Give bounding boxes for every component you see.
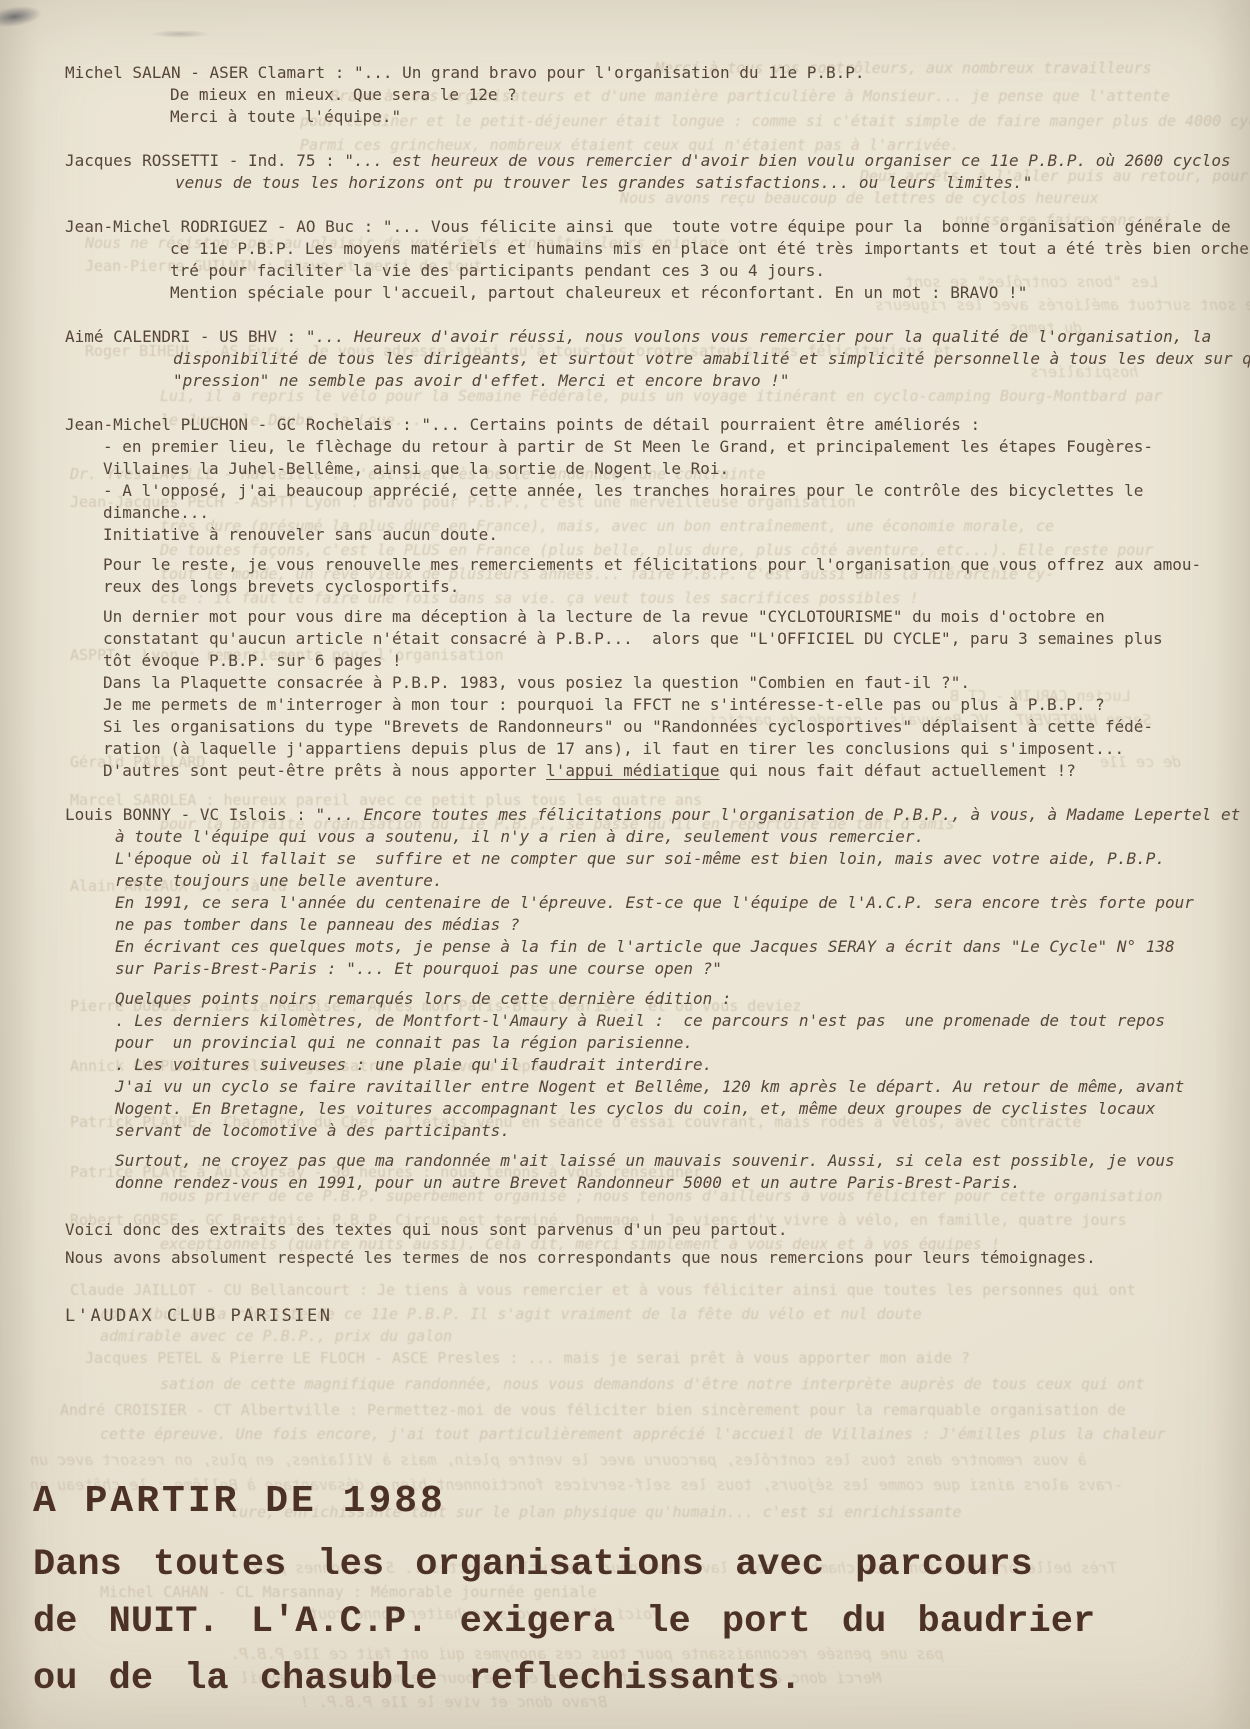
notice-line: ou de la chasuble reflechissants. <box>33 1651 1095 1708</box>
quote-text: dimanche... <box>103 503 209 522</box>
paragraph: Jean-Michel PLUCHON - GC Rochelais : "..… <box>65 414 1212 546</box>
text-line: Si les organisations du type "Brevets de… <box>65 716 1212 738</box>
bleedthrough-text: Jacques PETEL & Pierre LE FLOCH - ASCE P… <box>85 1348 970 1368</box>
quote-text: . Les derniers kilomètres, de Montfort-l… <box>115 1011 1165 1030</box>
text-line: ration (à laquelle j'appartiens depuis p… <box>65 738 1212 760</box>
text-line: Jean-Michel PLUCHON - GC Rochelais : "..… <box>65 414 1212 436</box>
quote-text: sur Paris-Brest-Paris : "... Et pourquoi… <box>115 959 722 978</box>
quote-text: servant de locomotive à des participants… <box>115 1121 510 1140</box>
bleedthrough-text: cette épreuve. Une fois encore, j'ai tou… <box>100 1424 1166 1444</box>
text-line: servant de locomotive à des participants… <box>65 1120 1212 1142</box>
paragraph: Jean-Michel RODRIGUEZ - AO Buc : "... Vo… <box>65 216 1212 304</box>
quote-text: Merci à toute l'équipe." <box>170 107 401 126</box>
text-line: Michel SALAN - ASER Clamart : "... Un gr… <box>65 62 1212 84</box>
club-signature: L'AUDAX CLUB PARISIEN <box>65 1306 1212 1326</box>
speaker-name: Louis BONNY - VC Islois : <box>65 805 315 824</box>
quote-text: venus de tous les horizons ont pu trouve… <box>175 173 1032 192</box>
quote-text: disponibilité de tous les dirigeants, et… <box>173 349 1250 368</box>
text-line: D'autres sont peut-être prêts à nous app… <box>65 760 1212 782</box>
text-line: Aimé CALENDRI - US BHV : "... Heureux d'… <box>65 326 1212 348</box>
quote-text: reux des longs brevets cyclosportifs. <box>103 577 459 596</box>
text-line: Villaines la Juhel-Bellême, ainsi que la… <box>65 458 1212 480</box>
text-line: - A l'opposé, j'ai beaucoup apprécié, ce… <box>65 480 1212 502</box>
bleedthrough-text: admirable avec ce P.B.P., prix du galon <box>100 1326 452 1346</box>
speaker-name: Michel SALAN - ASER Clamart : <box>65 63 354 82</box>
quote-text: constatant qu'aucun article n'était cons… <box>103 629 1163 648</box>
quote-text: tré pour faciliter la vie des participan… <box>170 261 825 280</box>
testimonial-entry: Aimé CALENDRI - US BHV : "... Heureux d'… <box>65 326 1212 392</box>
text-line: constatant qu'aucun article n'était cons… <box>65 628 1212 650</box>
text-line: Dans la Plaquette consacrée à P.B.P. 198… <box>65 672 1212 694</box>
quote-text: En écrivant ces quelques mots, je pense … <box>115 937 1175 956</box>
quote-text: Surtout, ne croyez pas que ma randonnée … <box>115 1151 1175 1170</box>
text-line: J'ai vu un cyclo se faire ravitailler en… <box>65 1076 1212 1098</box>
speaker-name: Jean-Michel PLUCHON - GC Rochelais : <box>65 415 421 434</box>
text-line: donne rendez-vous en 1991, pour un autre… <box>65 1172 1212 1194</box>
notice-line: Dans toutes les organisations avec parco… <box>33 1537 1095 1594</box>
text-line: Quelques points noirs remarqués lors de … <box>65 988 1212 1010</box>
paragraph: Surtout, ne croyez pas que ma randonnée … <box>65 1150 1212 1194</box>
paragraph: Louis BONNY - VC Islois : "... Encore to… <box>65 804 1212 980</box>
text-line: Jean-Michel RODRIGUEZ - AO Buc : "... Vo… <box>65 216 1212 238</box>
quote-text: reste toujours une belle aventure. <box>115 871 443 890</box>
text-line: L'époque où il fallait se suffire et ne … <box>65 848 1212 870</box>
testimonial-entry: Louis BONNY - VC Islois : "... Encore to… <box>65 804 1212 1194</box>
quote-text: . Les voitures suiveuses : une plaie qu'… <box>115 1055 712 1074</box>
quote-text: Si les organisations du type "Brevets de… <box>103 717 1153 736</box>
quote-text: "... Heureux d'avoir réussi, nous voulon… <box>306 327 1211 346</box>
text-line: Jacques ROSSETTI - Ind. 75 : "... est he… <box>65 150 1212 172</box>
text-line: Louis BONNY - VC Islois : "... Encore to… <box>65 804 1212 826</box>
quote-text: ration (à laquelle j'appartiens depuis p… <box>103 739 1124 758</box>
notice-line: de NUIT. L'A.C.P. exigera le port du bau… <box>33 1594 1095 1651</box>
quote-text: - A l'opposé, j'ai beaucoup apprécié, ce… <box>103 481 1143 500</box>
text-line: sur Paris-Brest-Paris : "... Et pourquoi… <box>65 958 1212 980</box>
quote-text: "... est heureux de vous remercier d'avo… <box>344 151 1230 170</box>
testimonial-entry: Jacques ROSSETTI - Ind. 75 : "... est he… <box>65 150 1212 194</box>
quote-text: "... Certains points de détail pourraien… <box>421 415 980 434</box>
text-line: ce 11e P.B.P. Les moyens matériels et hu… <box>65 238 1212 260</box>
quote-text: pour un provincial qui ne connait pas la… <box>115 1033 693 1052</box>
paragraph: Michel SALAN - ASER Clamart : "... Un gr… <box>65 62 1212 128</box>
quote-text: Nogent. En Bretagne, les voitures accomp… <box>115 1099 1155 1118</box>
closing-paragraph: Voici donc des extraits des textes qui n… <box>65 1216 1212 1272</box>
quote-text: Un dernier mot pour vous dire ma décepti… <box>103 607 1105 626</box>
testimonial-entry: Jean-Michel RODRIGUEZ - AO Buc : "... Vo… <box>65 216 1212 304</box>
bleedthrough-text: André CROISIER - CT Albertville : Permet… <box>60 1400 1126 1420</box>
document-content: Michel SALAN - ASER Clamart : "... Un gr… <box>65 62 1212 1326</box>
text-line: à toute l'équipe qui vous a soutenu, il … <box>65 826 1212 848</box>
text-line: reste toujours une belle aventure. <box>65 870 1212 892</box>
quote-text: Mention spéciale pour l'accueil, partout… <box>170 283 1027 302</box>
quote-text: ne pas tomber dans le panneau des médias… <box>115 915 520 934</box>
quote-text: Quelques points noirs remarqués lors de … <box>115 989 732 1008</box>
speaker-name: Jacques ROSSETTI - Ind. 75 : <box>65 151 344 170</box>
quote-text: En 1991, ce sera l'année du centenaire d… <box>115 893 1194 912</box>
testimonial-entries: Michel SALAN - ASER Clamart : "... Un gr… <box>65 62 1212 1194</box>
text-line: En écrivant ces quelques mots, je pense … <box>65 936 1212 958</box>
speaker-name: Jean-Michel RODRIGUEZ - AO Buc : <box>65 217 383 236</box>
testimonial-entry: Michel SALAN - ASER Clamart : "... Un gr… <box>65 62 1212 128</box>
text-line: tôt évoque P.B.P. sur 6 pages ! <box>65 650 1212 672</box>
quote-text: donne rendez-vous en 1991, pour un autre… <box>115 1173 1020 1192</box>
text-line: pour un provincial qui ne connait pas la… <box>65 1032 1212 1054</box>
text-line: . Les derniers kilomètres, de Montfort-l… <box>65 1010 1212 1032</box>
quote-text: ce 11e P.B.P. Les moyens matériels et hu… <box>170 239 1250 258</box>
text-line: Un dernier mot pour vous dire ma décepti… <box>65 606 1212 628</box>
text-line: tré pour faciliter la vie des participan… <box>65 260 1212 282</box>
quote-text: L'époque où il fallait se suffire et ne … <box>115 849 1165 868</box>
quote-text: Villaines la Juhel-Bellême, ainsi que la… <box>103 459 729 478</box>
closing-line: Voici donc des extraits des textes qui n… <box>65 1216 1212 1244</box>
quote-text: Dans la Plaquette consacrée à P.B.P. 198… <box>103 673 970 692</box>
speaker-name: Aimé CALENDRI - US BHV : <box>65 327 306 346</box>
quote-text: Je me permets de m'interroger à mon tour… <box>103 695 1105 714</box>
text-line: . Les voitures suiveuses : une plaie qu'… <box>65 1054 1212 1076</box>
text-line: reux des longs brevets cyclosportifs. <box>65 576 1212 598</box>
paragraph: Aimé CALENDRI - US BHV : "... Heureux d'… <box>65 326 1212 392</box>
paragraph: Jacques ROSSETTI - Ind. 75 : "... est he… <box>65 150 1212 194</box>
closing-line: Nous avons absolument respecté les terme… <box>65 1244 1212 1272</box>
quote-text: "... Encore toutes mes félicitations pou… <box>315 805 1240 824</box>
quote-text: - en premier lieu, le flèchage du retour… <box>103 437 1153 456</box>
text-line: Initiative à renouveler sans aucun doute… <box>65 524 1212 546</box>
quote-text: Initiative à renouveler sans aucun doute… <box>103 525 498 544</box>
scan-smudge-small <box>150 30 210 38</box>
quote-text: à toute l'équipe qui vous a soutenu, il … <box>115 827 924 846</box>
text-line: dimanche... <box>65 502 1212 524</box>
quote-text: Pour le reste, je vous renouvelle mes re… <box>103 555 1201 574</box>
text-line: venus de tous les horizons ont pu trouve… <box>65 172 1212 194</box>
quote-text: "... Un grand bravo pour l'organisation … <box>354 63 865 82</box>
notice-heading: A PARTIR DE 1988 <box>33 1480 1095 1523</box>
bleedthrough-text: sation de cette magnifique randonnée, no… <box>160 1374 1144 1394</box>
text-line: Surtout, ne croyez pas que ma randonnée … <box>65 1150 1212 1172</box>
underlined-phrase: l'appui médiatique <box>546 761 719 780</box>
text-line: Merci à toute l'équipe." <box>65 106 1212 128</box>
text-line: Je me permets de m'interroger à mon tour… <box>65 694 1212 716</box>
text-line: disponibilité de tous les dirigeants, et… <box>65 348 1212 370</box>
text-line: En 1991, ce sera l'année du centenaire d… <box>65 892 1212 914</box>
quote-text: De mieux en mieux. Que sera le 12e ? <box>170 85 517 104</box>
paragraph: Quelques points noirs remarqués lors de … <box>65 988 1212 1142</box>
text-line: ne pas tomber dans le panneau des médias… <box>65 914 1212 936</box>
quote-text: J'ai vu un cyclo se faire ravitailler en… <box>115 1077 1184 1096</box>
quote-text: "... Vous félicite ainsi que toute votre… <box>383 217 1231 236</box>
bleedthrough-text: à vous remontre dans tous les contrôles,… <box>30 1450 1087 1470</box>
text-line: "pression" ne semble pas avoir d'effet. … <box>65 370 1212 392</box>
text-line: - en premier lieu, le flèchage du retour… <box>65 436 1212 458</box>
text-line: Nogent. En Bretagne, les voitures accomp… <box>65 1098 1212 1120</box>
scanned-document-page: Merci à tous vos contrôleurs, aux nombre… <box>0 0 1250 1729</box>
quote-text: "pression" ne semble pas avoir d'effet. … <box>173 371 790 390</box>
reflective-gear-notice: A PARTIR DE 1988 Dans toutes les organis… <box>33 1480 1095 1708</box>
text-line: Pour le reste, je vous renouvelle mes re… <box>65 554 1212 576</box>
testimonial-entry: Jean-Michel PLUCHON - GC Rochelais : "..… <box>65 414 1212 782</box>
text-line: Mention spéciale pour l'accueil, partout… <box>65 282 1212 304</box>
paragraph: Un dernier mot pour vous dire ma décepti… <box>65 606 1212 782</box>
paragraph: Pour le reste, je vous renouvelle mes re… <box>65 554 1212 598</box>
quote-text: D'autres sont peut-être prêts à nous app… <box>103 761 1076 780</box>
text-line: De mieux en mieux. Que sera le 12e ? <box>65 84 1212 106</box>
quote-text: tôt évoque P.B.P. sur 6 pages ! <box>103 651 402 670</box>
